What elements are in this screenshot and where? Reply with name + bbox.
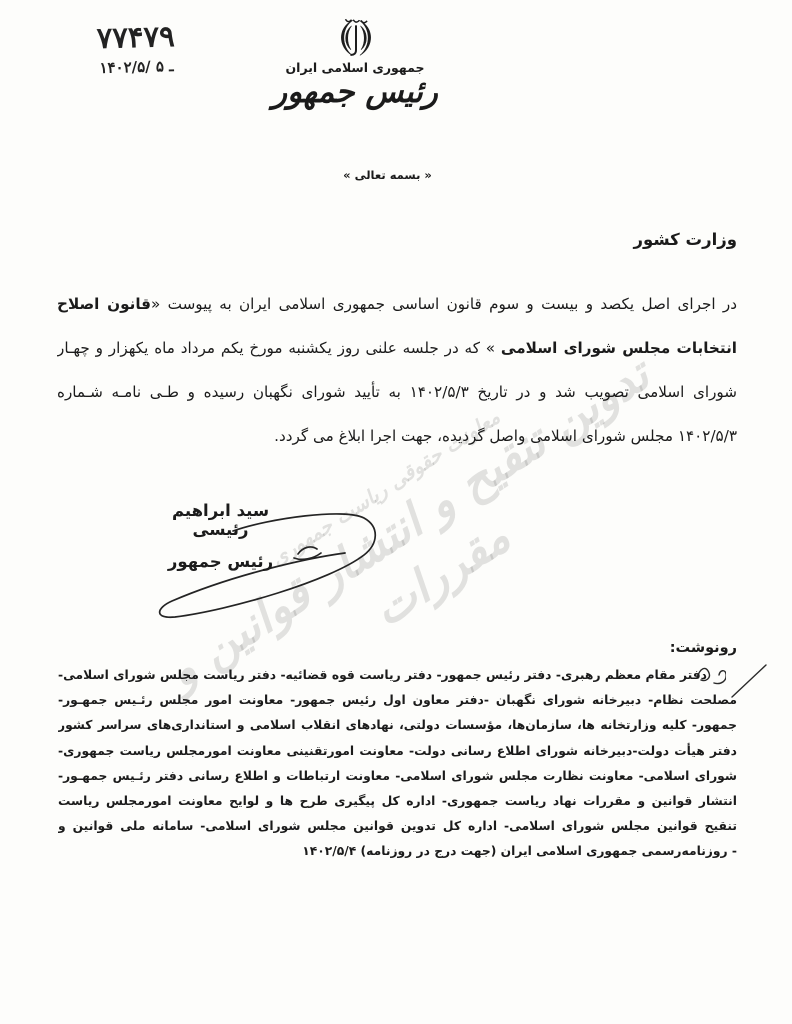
signatory-title: رئیس جمهور	[148, 552, 293, 571]
cc-line: جمهور- کلیه وزارتخانه ها، سازمان‌ها، مؤس…	[58, 713, 737, 738]
cc-line: دفتر مقام معظم رهبری- دفتر رئیس جمهور- د…	[58, 663, 737, 688]
cc-distribution-list: دفتر مقام معظم رهبری- دفتر رئیس جمهور- د…	[58, 663, 737, 865]
cc-line: تنقیح قوانین مجلس شورای اسلامی- اداره کل…	[58, 814, 737, 839]
body-line-4: ۱۴۰۲/۵/۳ مجلس شورای اسلامی واصل گردیده، …	[57, 414, 737, 458]
registration-date: ۱۴۰۲/۵/ ـ ۵	[46, 56, 226, 79]
letter-body: در اجرای اصل یکصد و بیست و سوم قانون اسا…	[57, 282, 737, 458]
body-line-2: انتخابات مجلس شورای اسلامی » که در جلسه …	[57, 326, 737, 370]
body-line-1: در اجرای اصل یکصد و بیست و سوم قانون اسا…	[57, 282, 737, 326]
cc-line: انتشار قوانین و مقررات نهاد ریاست جمهوری…	[58, 789, 737, 814]
scanned-letter-page: معاونت حقوقی ریاست جمهوری تدوین تنقیح و …	[0, 0, 792, 1024]
letterhead-country: جمهوری اسلامی ایران	[275, 60, 435, 75]
besmeleh-invocation: « بسمه تعالی »	[310, 168, 465, 182]
registration-number: ۷۷۴۷۹	[45, 18, 226, 57]
cc-line: - روزنامه‌رسمی جمهوری اسلامی ایران (جهت …	[58, 839, 737, 864]
cc-line: شورای اسلامی- معاونت نظارت مجلس شورای اس…	[58, 764, 737, 789]
letterhead-office-title: رئیس جمهور	[260, 74, 450, 110]
body-line-2-bold: انتخابات مجلس شورای اسلامی	[501, 339, 737, 357]
body-line-3: شورای اسلامی تصویب شد و در تاریخ ۱۴۰۲/۵/…	[57, 370, 737, 414]
recipient-ministry: وزارت کشور	[634, 230, 737, 249]
cc-line: دفتر هیأت دولت-دبیرخانه شورای اطلاع رسان…	[58, 739, 737, 764]
signatory-block: سید ابراهیم رئیسی رئیس جمهور	[148, 501, 293, 571]
registration-block: ۷۷۴۷۹ ۱۴۰۲/۵/ ـ ۵	[45, 18, 226, 79]
signatory-name: سید ابراهیم رئیسی	[148, 501, 293, 539]
cc-heading: رونوشت:	[670, 640, 737, 656]
body-line-1-text: در اجرای اصل یکصد و بیست و سوم قانون اسا…	[151, 295, 737, 313]
cc-line: مصلحت نظام- دبیرخانه شورای نگهبان -دفتر …	[58, 688, 737, 713]
iran-emblem-icon	[327, 12, 385, 62]
